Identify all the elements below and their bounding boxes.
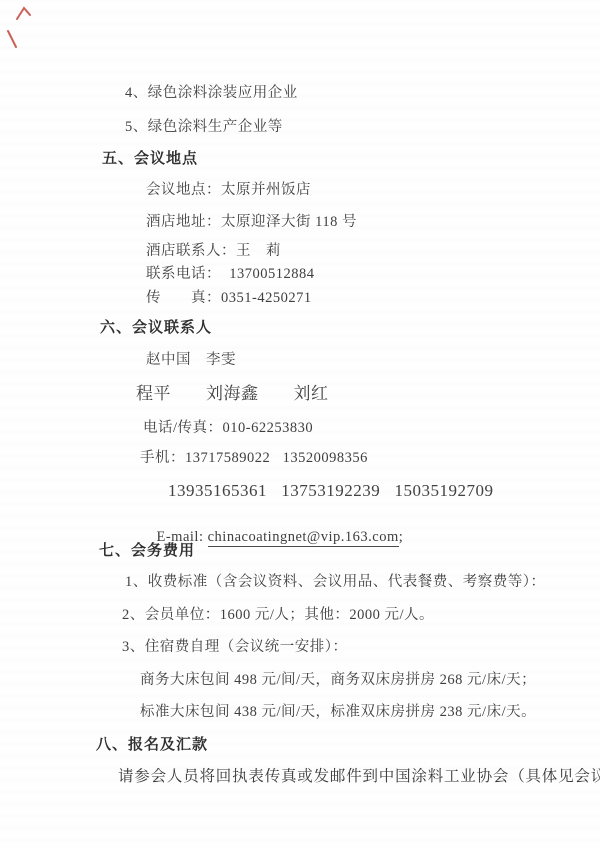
fees-item-1: 1、收费标准（含会议资料、会议用品、代表餐费、考察费等）： — [125, 574, 546, 591]
fees-item-3: 3、住宿费自理（会议统一安排）： — [122, 639, 348, 656]
venue-location-line: 会议地点：太原并州饭店 — [146, 182, 311, 199]
room-rate-line-2: 标准大床包间 438 元/间/天，标准双床房拼房 238 元/床/天。 — [140, 704, 536, 721]
red-pen-mark-icon — [14, 5, 40, 27]
red-pen-mark-icon — [4, 27, 22, 51]
tel-fax-line: 电话/传真：010-62253830 — [143, 420, 313, 437]
fees-item-2: 2、会员单位：1600 元/人；其他：2000 元/人。 — [122, 607, 434, 624]
mobile-numbers-line-2: 13935165361 13753192239 15035192709 — [168, 481, 494, 501]
contact-names-line-2: 程平 刘海鑫 刘红 — [136, 384, 329, 404]
hotel-contact-line: 酒店联系人：王 莉 — [146, 243, 281, 260]
mobile-numbers-line-1: 手机：13717589022 13520098356 — [140, 450, 368, 467]
registration-intro-line: 请参会人员将回执表传真或发邮件到中国涂料工业协会（具体见会议 — [118, 768, 600, 787]
email-suffix: ; — [399, 529, 404, 545]
email-address: chinacoatingnet@vip.163.com — [208, 529, 399, 547]
section-heading-fees: 七、会务费用 — [99, 542, 195, 560]
list-item-4: 4、绿色涂料涂装应用企业 — [125, 85, 298, 102]
scanned-document-page: 4、绿色涂料涂装应用企业 5、绿色涂料生产企业等 五、会议地点 会议地点：太原并… — [0, 0, 600, 849]
contact-names-line-1: 赵中国 李雯 — [146, 352, 236, 369]
hotel-fax-line: 传 真：0351-4250271 — [146, 290, 312, 307]
section-heading-venue: 五、会议地点 — [102, 150, 198, 168]
section-heading-contacts: 六、会议联系人 — [100, 319, 212, 337]
list-item-5: 5、绿色涂料生产企业等 — [125, 119, 283, 136]
room-rate-line-1: 商务大床包间 498 元/间/天，商务双床房拼房 268 元/床/天； — [140, 672, 536, 689]
hotel-phone-line: 联系电话： 13700512884 — [146, 266, 315, 283]
hotel-address-line: 酒店地址：太原迎泽大街 118 号 — [146, 214, 357, 231]
section-heading-registration: 八、报名及汇款 — [96, 736, 208, 754]
